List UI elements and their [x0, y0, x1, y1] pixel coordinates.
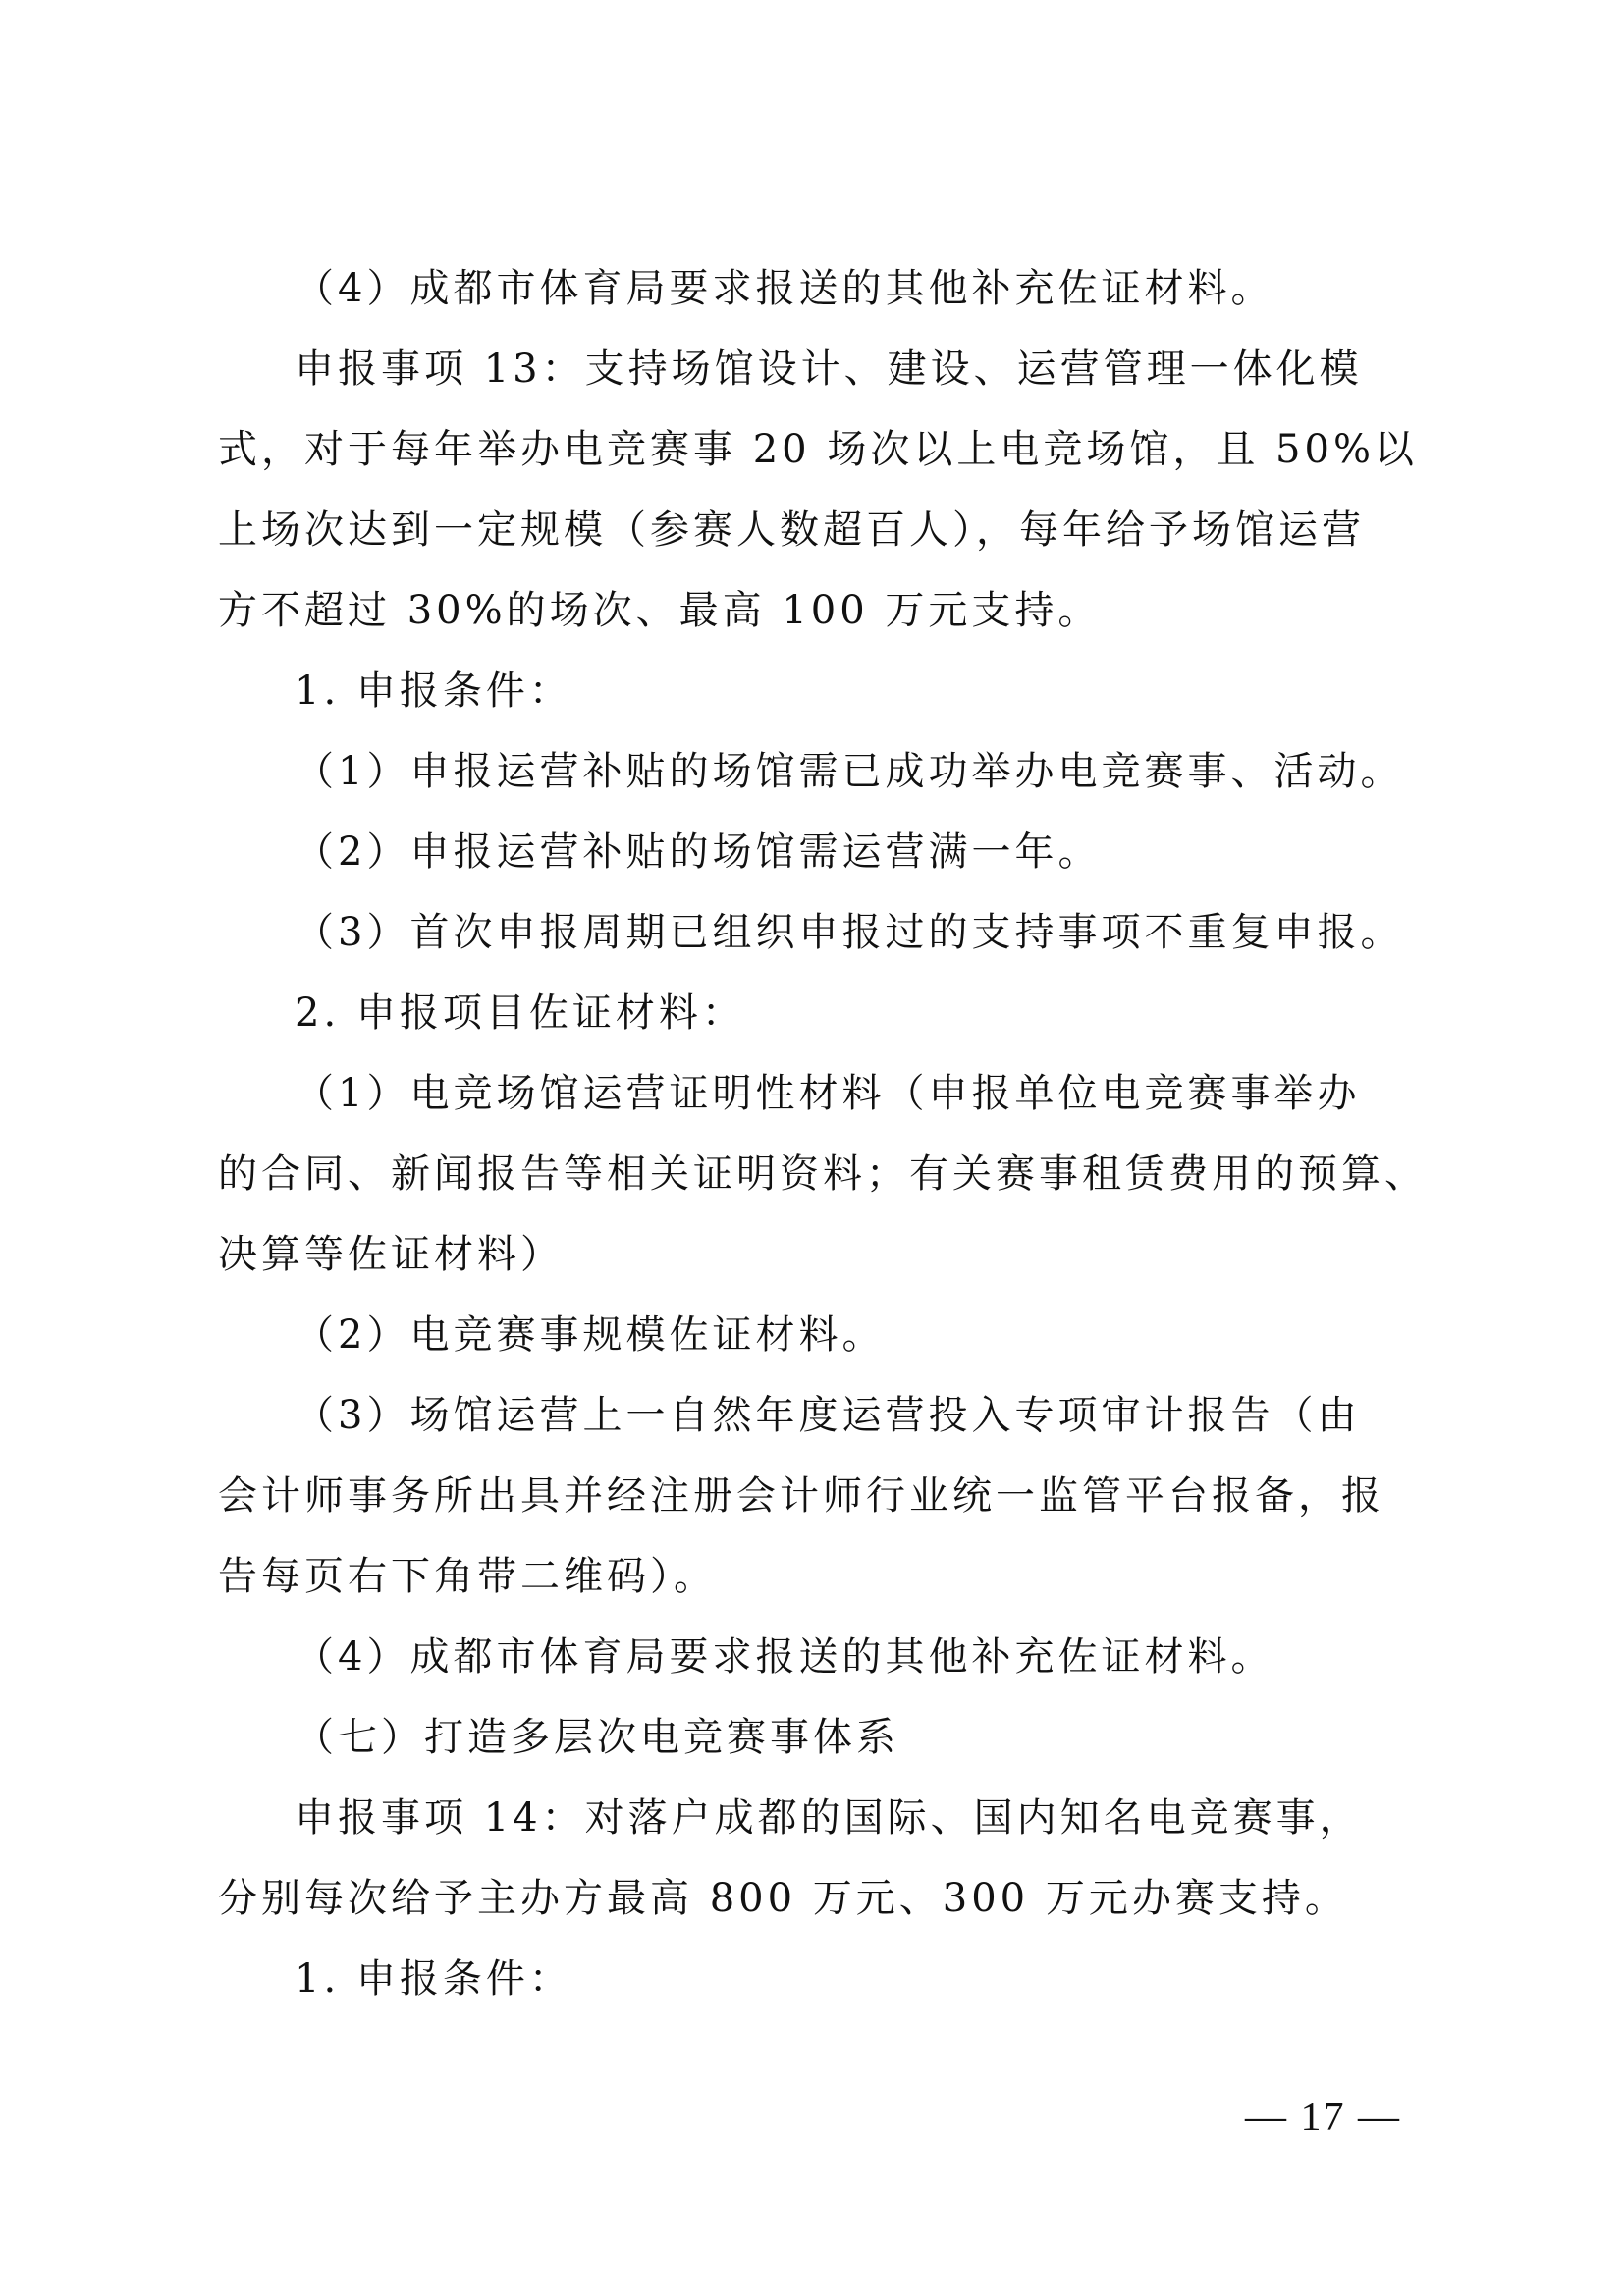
paragraph-line: 上场次达到一定规模（参赛人数超百人），每年给予场馆运营: [218, 507, 1365, 554]
paragraph-line: （4）成都市体育局要求报送的其他补充佐证材料。: [295, 1633, 1273, 1681]
page-number: — 17 —: [1245, 2094, 1401, 2141]
paragraph-line: 会计师事务所出具并经注册会计师行业统一监管平台报备，报: [218, 1472, 1384, 1520]
paragraph-line: （1）电竞场馆运营证明性材料（申报单位电竞赛事举办: [295, 1070, 1360, 1117]
paragraph-line: 的合同、新闻报告等相关证明资料；有关赛事租赁费用的预算、: [218, 1150, 1428, 1198]
paragraph-line: 告每页右下角带二维码）。: [218, 1553, 717, 1600]
section-heading: 1. 申报条件：: [295, 1955, 572, 2002]
paragraph-line: （4）成都市体育局要求报送的其他补充佐证材料。: [295, 265, 1273, 312]
paragraph-line: 申报事项 14：对落户成都的国际、国内知名电竞赛事，: [295, 1794, 1363, 1842]
section-heading: 1. 申报条件：: [295, 667, 572, 715]
paragraph-line: （3）场馆运营上一自然年度运营投入专项审计报告（由: [295, 1392, 1360, 1439]
paragraph-line: （2）申报运营补贴的场馆需运营满一年。: [295, 828, 1101, 876]
paragraph-line: 式，对于每年举办电竞赛事 20 场次以上电竞场馆，且 50%以: [218, 426, 1418, 473]
paragraph-line: 分别每次给予主办方最高 800 万元、300 万元办赛支持。: [218, 1875, 1348, 1922]
paragraph-line: （2）电竞赛事规模佐证材料。: [295, 1311, 885, 1359]
paragraph-line: 申报事项 13：支持场馆设计、建设、运营管理一体化模: [295, 346, 1363, 393]
section-heading: 2. 申报项目佐证材料：: [295, 989, 745, 1037]
paragraph-line: （1）申报运营补贴的场馆需已成功举办电竞赛事、活动。: [295, 748, 1403, 795]
paragraph-line: 方不超过 30%的场次、最高 100 万元支持。: [218, 587, 1101, 634]
section-heading: （七）打造多层次电竞赛事体系: [295, 1714, 899, 1761]
paragraph-line: 决算等佐证材料）: [218, 1231, 564, 1278]
paragraph-line: （3）首次申报周期已组织申报过的支持事项不重复申报。: [295, 909, 1403, 956]
